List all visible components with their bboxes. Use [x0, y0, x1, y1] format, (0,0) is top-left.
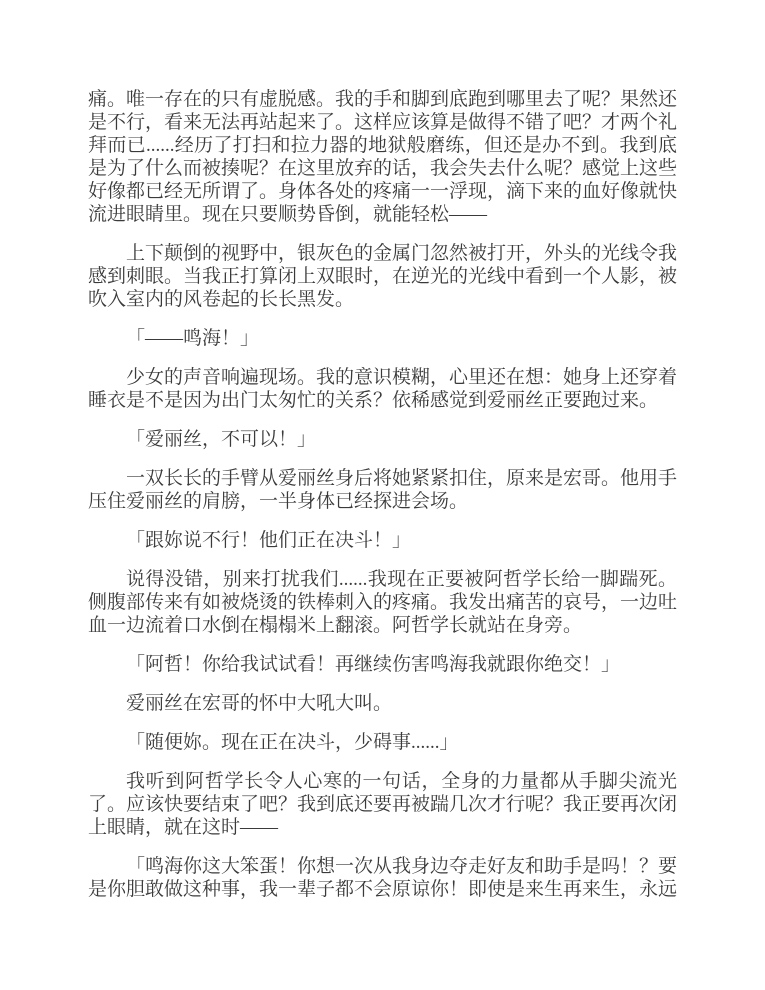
paragraph-7: 我听到阿哲学长令人心寒的一句话，全身的力量都从手脚尖流光了。应该快要结束了吧？我… — [88, 770, 677, 839]
paragraph-2: 上下颠倒的视野中，银灰色的金属门忽然被打开，外头的光线令我感到刺眼。当我正打算闭… — [88, 242, 677, 311]
paragraph-4: 一双长长的手臂从爱丽丝身后将她紧紧扣住，原来是宏哥。他用手压住爱丽丝的肩膀，一半… — [88, 467, 677, 513]
paragraph-1: 痛。唯一存在的只有虚脱感。我的手和脚到底跑到哪里去了呢？果然还是不行，看来无法再… — [88, 88, 677, 226]
dialogue-line-4: 「阿哲！你给我试试看！再继续伤害鸣海我就跟你绝交！」 — [88, 653, 677, 676]
dialogue-line-5: 「随便妳。现在正在决斗，少碍事......」 — [88, 731, 677, 754]
paragraph-5: 说得没错，别来打扰我们......我现在正要被阿哲学长给一脚踹死。侧腹部传来有如… — [88, 568, 677, 637]
paragraph-3: 少女的声音响遍现场。我的意识模糊，心里还在想：她身上还穿着睡衣是不是因为出门太匆… — [88, 366, 677, 412]
book-page: 痛。唯一存在的只有虚脱感。我的手和脚到底跑到哪里去了呢？果然还是不行，看来无法再… — [0, 0, 765, 990]
dialogue-line-2: 「爱丽丝，不可以！」 — [88, 428, 677, 451]
dialogue-line-6: 「鸣海你这大笨蛋！你想一次从我身边夺走好友和助手是吗！？要是你胆敢做这种事，我一… — [88, 855, 677, 901]
dialogue-line-1: 「——鸣海！」 — [88, 327, 677, 350]
paragraph-6: 爱丽丝在宏哥的怀中大吼大叫。 — [88, 692, 677, 715]
dialogue-line-3: 「跟妳说不行！他们正在决斗！」 — [88, 529, 677, 552]
